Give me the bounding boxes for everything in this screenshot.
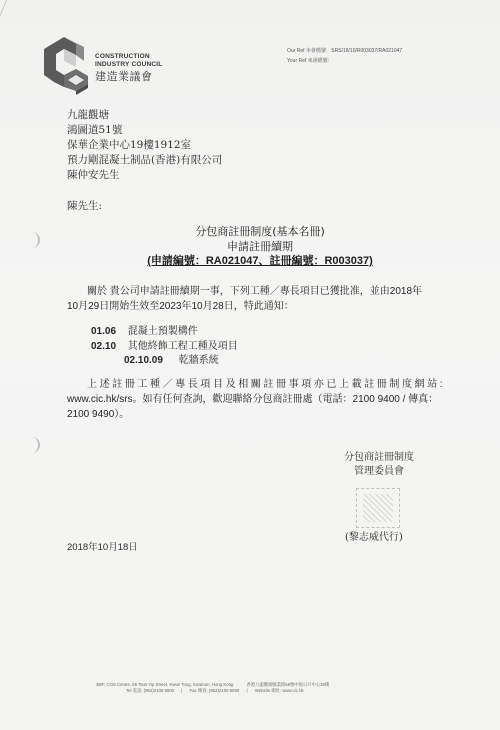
list-item: 02.10 其他終飾工程工種及項目 xyxy=(91,340,238,355)
list-item: 01.06 混凝土預製構件 xyxy=(91,325,238,340)
trade-label: 其他終飾工程工種及項目 xyxy=(128,341,238,352)
paragraph-line: 10月29日開始生效至2023年10月28日，特此通知： xyxy=(67,299,447,314)
letter-page: CONSTRUCTION INDUSTRY COUNCIL 建造業議會 Our … xyxy=(0,0,500,730)
footer-tel: Tel 電話: (852)2100 9000 xyxy=(126,688,174,693)
address-line: 保華企業中心19樓1912室 xyxy=(67,138,222,153)
paragraph-line: 2100 9490）。 xyxy=(67,407,447,422)
trade-code: 01.06 xyxy=(91,325,125,340)
address-line: 鴻圖道51號 xyxy=(67,123,222,138)
our-ref-label: Our Ref 本會檔號: xyxy=(287,48,327,54)
trade-label: 乾牆系統 xyxy=(179,355,219,366)
scan-artifact-line xyxy=(0,0,9,60)
trade-label: 混凝土預製構件 xyxy=(128,326,198,337)
footer-address-en: 38/F, COS Centre, 56 Tsun Yip Street, Kw… xyxy=(96,682,233,687)
letterhead-org-name: CONSTRUCTION INDUSTRY COUNCIL 建造業議會 xyxy=(95,53,162,83)
our-ref: Our Ref 本會檔號:SRS/18/10/R003037/RA021047 xyxy=(287,46,406,56)
paragraph-line: www.cic.hk/srs。如有任何查詢，歡迎聯絡分包商註冊處（電話：2100… xyxy=(67,392,447,407)
footer-address-zh: 香港九龍觀塘駿業街56號中海日升中心38樓 xyxy=(247,682,330,687)
org-name-zh: 建造業議會 xyxy=(95,70,162,83)
seal-stamp-icon xyxy=(356,488,400,528)
subject-heading: 分包商註冊制度(基本名冊) 申請註冊續期 (申請編號：RA021047、註冊編號… xyxy=(60,224,460,269)
signed-by: (黎志威代行) xyxy=(345,528,403,543)
letterhead-footer: 38/F, COS Centre, 56 Tsun Yip Street, Kw… xyxy=(96,682,456,694)
your-ref: Your Ref 來函檔號: xyxy=(287,56,406,66)
trade-code: 02.10.09 xyxy=(124,354,176,369)
our-ref-value: SRS/18/10/R003037/RA021047 xyxy=(331,48,402,54)
org-name-en-1: CONSTRUCTION xyxy=(95,53,162,61)
approved-trades-list: 01.06 混凝土預製構件 02.10 其他終飾工程工種及項目 02.10.09… xyxy=(91,325,238,369)
trade-code: 02.10 xyxy=(91,340,125,355)
address-line: 九龍觀塘 xyxy=(67,108,222,123)
paragraph-line: 上述註冊工種／專長項目及相關註冊事項亦已上載註冊制度網站: xyxy=(67,377,447,392)
punch-hole-mark xyxy=(32,232,40,248)
paragraph-line: 關於 貴公司申請註冊續期一事，下列工種／專長項目已獲批准，並由2018年 xyxy=(67,284,447,299)
letter-date: 2018年10月18日 xyxy=(67,539,138,553)
recipient-address: 九龍觀塘 鴻圖道51號 保華企業中心19樓1912室 預力剛混凝土制品(香港)有… xyxy=(67,108,222,183)
subject-reference-numbers: (申請編號：RA021047、註冊編號：R003037) xyxy=(60,254,460,269)
your-ref-label: Your Ref 來函檔號: xyxy=(287,58,329,64)
footer-contact-row: Tel 電話: (852)2100 9000 | Fax 傳真: (852)21… xyxy=(96,688,456,694)
address-line: 陳仲安先生 xyxy=(67,168,222,183)
signatory-line-1: 分包商註冊制度 xyxy=(334,451,424,465)
signature-block: 分包商註冊制度 管理委員會 xyxy=(334,451,424,479)
salutation: 陳先生: xyxy=(67,198,102,213)
subject-line-1: 分包商註冊制度(基本名冊) xyxy=(60,224,460,239)
subject-line-2: 申請註冊續期 xyxy=(60,239,460,254)
body-paragraph-1: 關於 貴公司申請註冊續期一事，下列工種／專長項目已獲批准，並由2018年 10月… xyxy=(67,284,447,314)
body-paragraph-2: 上述註冊工種／專長項目及相關註冊事項亦已上載註冊制度網站: www.cic.hk… xyxy=(67,377,447,422)
cic-logo-icon xyxy=(44,37,96,95)
footer-fax: Fax 傳真: (852)2100 9090 xyxy=(190,688,240,693)
footer-website: Website 網址: www.cic.hk xyxy=(255,688,304,693)
signatory-line-2: 管理委員會 xyxy=(334,465,424,479)
list-item: 02.10.09 乾牆系統 xyxy=(91,354,238,369)
reference-block: Our Ref 本會檔號:SRS/18/10/R003037/RA021047 … xyxy=(287,46,406,66)
address-line: 預力剛混凝土制品(香港)有限公司 xyxy=(67,153,222,168)
org-name-en-2: INDUSTRY COUNCIL xyxy=(95,61,162,69)
punch-hole-mark xyxy=(32,437,40,453)
